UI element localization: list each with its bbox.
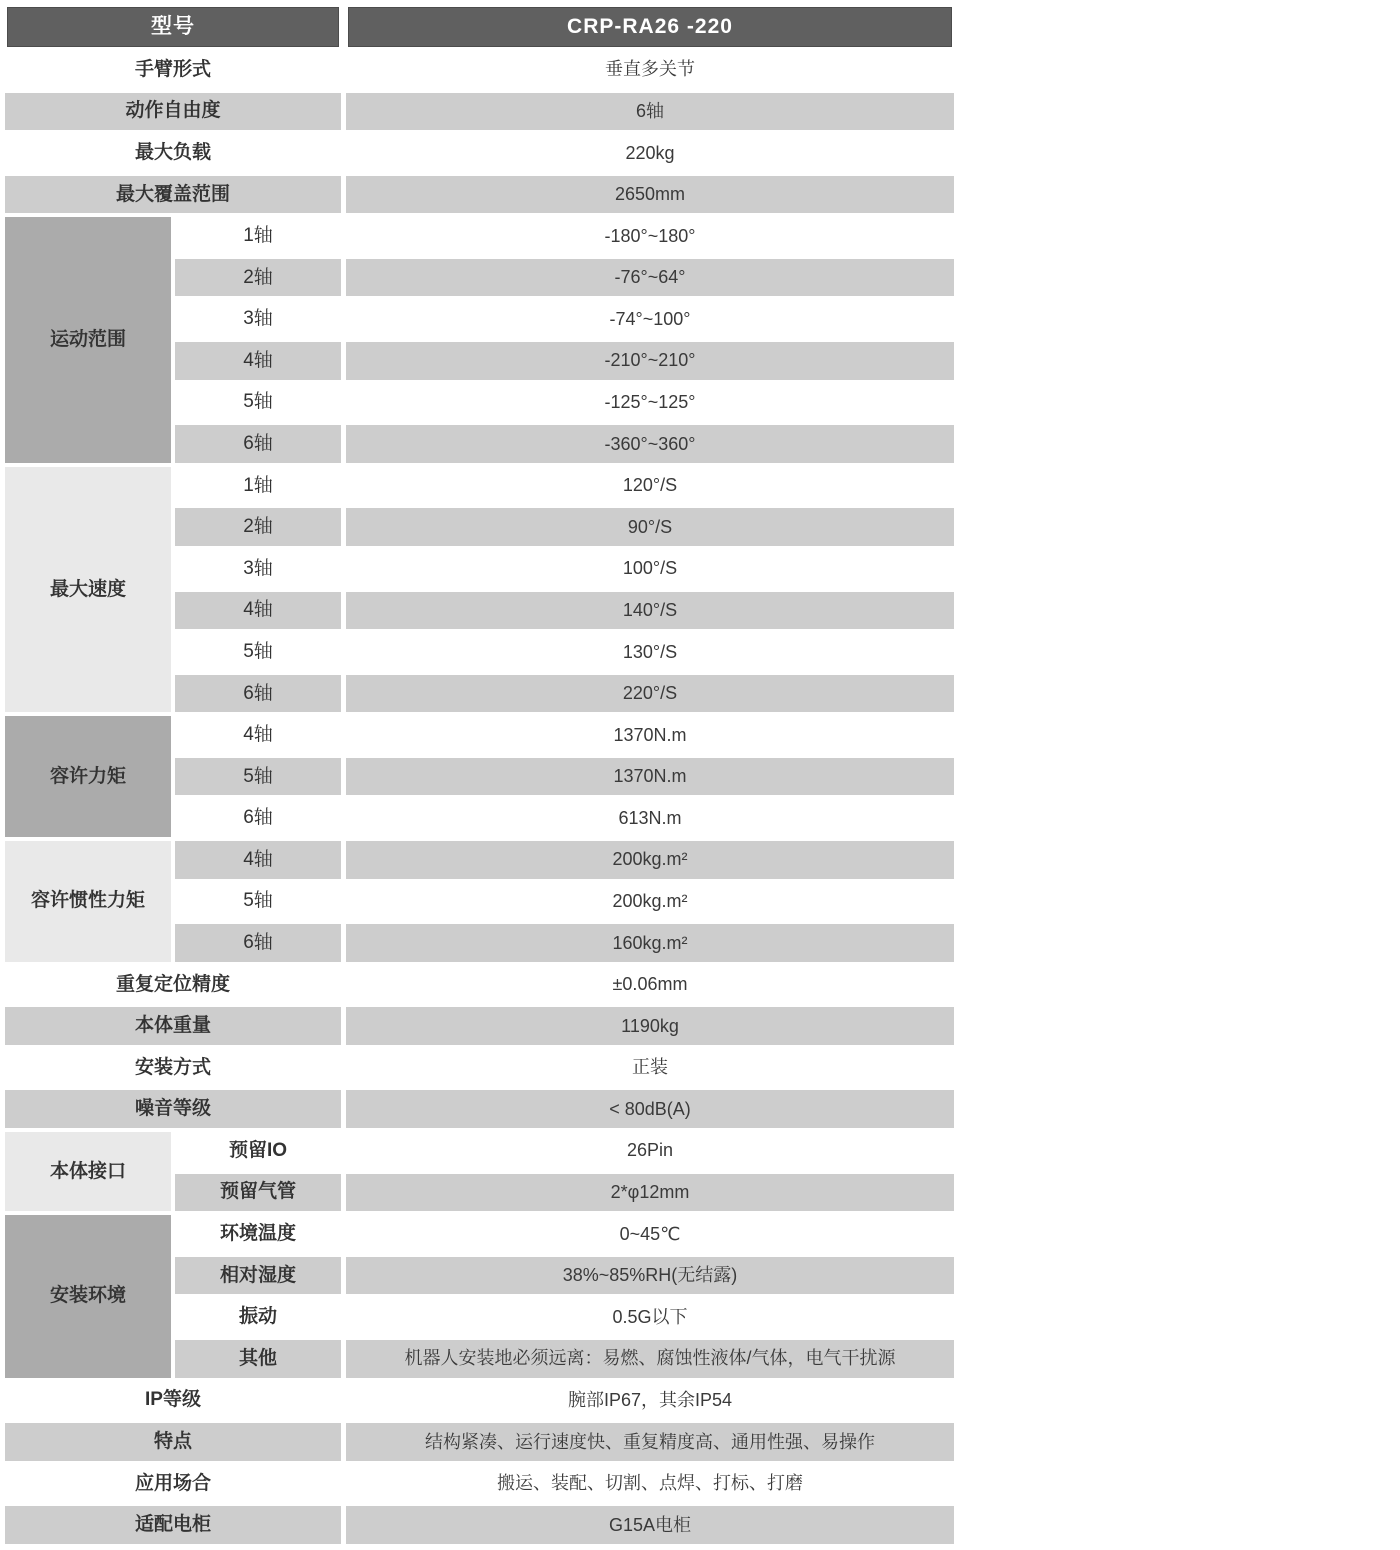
spec-sub-label: 振动: [175, 1296, 341, 1338]
spec-sub-label: 5轴: [175, 881, 341, 923]
spec-sub-label: 3轴: [175, 298, 341, 340]
spec-label: 本体重量: [5, 1005, 341, 1047]
spec-value: 100°/S: [346, 548, 954, 590]
spec-value: 200kg.m²: [346, 839, 954, 881]
spec-value: -125°~125°: [346, 382, 954, 424]
spec-label: 特点: [5, 1421, 341, 1463]
spec-value: < 80dB(A): [346, 1088, 954, 1130]
spec-sub-label: 4轴: [175, 340, 341, 382]
spec-sub-label: 6轴: [175, 922, 341, 964]
spec-sub-label: 2轴: [175, 506, 341, 548]
spec-value: 1190kg: [346, 1005, 954, 1047]
spec-sub-label: 3轴: [175, 548, 341, 590]
spec-sub-label: 6轴: [175, 423, 341, 465]
spec-label: 手臂形式: [5, 49, 341, 91]
spec-value: G15A电柜: [346, 1504, 954, 1546]
spec-value: 垂直多关节: [346, 49, 954, 91]
spec-value: 200kg.m²: [346, 881, 954, 923]
spec-label: 噪音等级: [5, 1088, 341, 1130]
spec-value: ±0.06mm: [346, 964, 954, 1006]
spec-label: 重复定位精度: [5, 964, 341, 1006]
spec-sub-label: 5轴: [175, 382, 341, 424]
spec-sub-label: 1轴: [175, 465, 341, 507]
spec-sub-label: 1轴: [175, 215, 341, 257]
spec-sub-label: 4轴: [175, 714, 341, 756]
spec-sub-label: 相对湿度: [175, 1255, 341, 1297]
spec-value: 结构紧凑、运行速度快、重复精度高、通用性强、易操作: [346, 1421, 954, 1463]
spec-label: 最大负载: [5, 132, 341, 174]
model-header-cell: 型号: [5, 5, 341, 49]
spec-value: 220°/S: [346, 673, 954, 715]
spec-value: 90°/S: [346, 506, 954, 548]
spec-value: 130°/S: [346, 631, 954, 673]
spec-label: IP等级: [5, 1380, 341, 1422]
spec-value: 160kg.m²: [346, 922, 954, 964]
spec-value: 0~45℃: [346, 1213, 954, 1255]
spec-value: 正装: [346, 1047, 954, 1089]
spec-value: 6轴: [346, 91, 954, 133]
spec-sub-label: 5轴: [175, 631, 341, 673]
spec-value: 1370N.m: [346, 714, 954, 756]
spec-value: -74°~100°: [346, 298, 954, 340]
spec-value: 1370N.m: [346, 756, 954, 798]
spec-group-label: 容许力矩: [5, 714, 171, 839]
spec-label: 动作自由度: [5, 91, 341, 133]
spec-sub-label: 5轴: [175, 756, 341, 798]
spec-value: 38%~85%RH(无结露): [346, 1255, 954, 1297]
spec-group-label: 最大速度: [5, 465, 171, 714]
spec-value: 220kg: [346, 132, 954, 174]
spec-sub-label: 预留IO: [175, 1130, 341, 1172]
spec-sub-label: 2轴: [175, 257, 341, 299]
spec-group-label: 本体接口: [5, 1130, 171, 1213]
spec-value: -360°~360°: [346, 423, 954, 465]
spec-value: -76°~64°: [346, 257, 954, 299]
spec-group-label: 容许惯性力矩: [5, 839, 171, 964]
spec-sub-label: 预留气管: [175, 1172, 341, 1214]
spec-value: 26Pin: [346, 1130, 954, 1172]
spec-value: -180°~180°: [346, 215, 954, 257]
spec-sub-label: 其他: [175, 1338, 341, 1380]
spec-label: 适配电柜: [5, 1504, 341, 1546]
spec-group-label: 安装环境: [5, 1213, 171, 1379]
spec-value: 搬运、装配、切割、点焊、打标、打磨: [346, 1463, 954, 1505]
spec-sub-label: 4轴: [175, 839, 341, 881]
spec-value: 613N.m: [346, 797, 954, 839]
spec-label: 应用场合: [5, 1463, 341, 1505]
spec-sub-label: 环境温度: [175, 1213, 341, 1255]
spec-value: -210°~210°: [346, 340, 954, 382]
spec-sub-label: 4轴: [175, 590, 341, 632]
spec-value: 0.5G以下: [346, 1296, 954, 1338]
spec-value: 140°/S: [346, 590, 954, 632]
spec-value: 2*φ12mm: [346, 1172, 954, 1214]
spec-sub-label: 6轴: [175, 797, 341, 839]
spec-sub-label: 6轴: [175, 673, 341, 715]
spec-value: 腕部IP67，其余IP54: [346, 1380, 954, 1422]
spec-label: 最大覆盖范围: [5, 174, 341, 216]
spec-value: 机器人安装地必须远离：易燃、腐蚀性液体/气体，电气干扰源: [346, 1338, 954, 1380]
spec-value: 2650mm: [346, 174, 954, 216]
spec-label: 安装方式: [5, 1047, 341, 1089]
spec-table: 型号 CRP-RA26 -220 手臂形式垂直多关节动作自由度6轴最大负载220…: [5, 5, 954, 1546]
model-value-cell: CRP-RA26 -220: [346, 5, 954, 49]
spec-value: 120°/S: [346, 465, 954, 507]
spec-group-label: 运动范围: [5, 215, 171, 464]
